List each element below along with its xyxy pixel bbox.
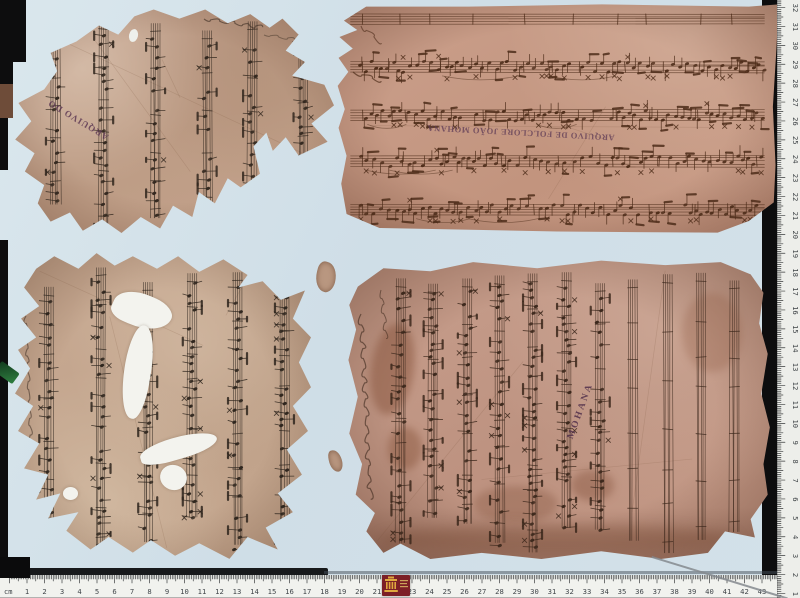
svg-text:26: 26 <box>791 117 800 126</box>
svg-text:35: 35 <box>618 587 627 596</box>
bed-corner <box>0 557 30 578</box>
svg-text:10: 10 <box>791 419 800 428</box>
svg-text:13: 13 <box>233 587 242 596</box>
svg-text:9: 9 <box>791 441 800 445</box>
svg-text:3: 3 <box>60 587 64 596</box>
manuscript-fragment-bottom-right: MOHANA <box>345 256 772 562</box>
paper-sliver-left-edge <box>0 84 13 118</box>
svg-text:30: 30 <box>530 587 539 596</box>
svg-text:38: 38 <box>670 587 679 596</box>
paper-scrap <box>327 449 344 473</box>
paper-scrap <box>313 260 340 294</box>
svg-text:18: 18 <box>320 587 329 596</box>
manuscript-fragment-top-left: ARQUIVO DO <box>12 5 334 233</box>
svg-text:13: 13 <box>791 363 800 372</box>
svg-text:40: 40 <box>705 587 714 596</box>
svg-text:17: 17 <box>303 587 312 596</box>
svg-text:24: 24 <box>425 587 434 596</box>
svg-text:16: 16 <box>285 587 294 596</box>
svg-text:29: 29 <box>513 587 522 596</box>
svg-text:25: 25 <box>443 587 452 596</box>
svg-text:28: 28 <box>791 79 800 88</box>
svg-text:7: 7 <box>791 478 800 482</box>
svg-text:9: 9 <box>165 587 169 596</box>
svg-text:14: 14 <box>791 344 800 353</box>
svg-text:4: 4 <box>791 535 800 539</box>
music-notation-bottom-right <box>345 256 772 562</box>
svg-text:33: 33 <box>583 587 592 596</box>
music-notation-bottom-left <box>12 250 314 562</box>
svg-text:42: 42 <box>740 587 749 596</box>
svg-text:20: 20 <box>791 230 800 239</box>
svg-text:2: 2 <box>42 587 46 596</box>
svg-text:11: 11 <box>198 587 207 596</box>
svg-text:27: 27 <box>791 98 800 107</box>
svg-text:19: 19 <box>338 587 347 596</box>
svg-text:7: 7 <box>130 587 134 596</box>
building-icon <box>382 575 410 596</box>
svg-text:20: 20 <box>355 587 364 596</box>
svg-text:31: 31 <box>791 23 800 32</box>
svg-text:25: 25 <box>791 136 800 145</box>
svg-text:1: 1 <box>25 587 29 596</box>
svg-text:23: 23 <box>791 174 800 183</box>
svg-text:29: 29 <box>791 60 800 69</box>
svg-text:28: 28 <box>495 587 504 596</box>
music-notation-top-left <box>12 5 334 233</box>
svg-text:1: 1 <box>791 592 800 596</box>
svg-text:18: 18 <box>791 268 800 277</box>
svg-text:12: 12 <box>791 382 800 391</box>
svg-text:6: 6 <box>791 497 800 501</box>
manuscript-fragment-top-right: ARQUIVO DE FOLCLORE JOÃO MOHANA <box>335 2 780 235</box>
svg-text:4: 4 <box>77 587 81 596</box>
svg-text:11: 11 <box>791 401 800 410</box>
svg-text:8: 8 <box>147 587 151 596</box>
svg-text:5: 5 <box>791 516 800 520</box>
bed-strip-bottom-left <box>0 240 8 598</box>
svg-text:41: 41 <box>723 587 732 596</box>
svg-text:2: 2 <box>791 573 800 577</box>
svg-text:12: 12 <box>215 587 224 596</box>
svg-text:34: 34 <box>600 587 609 596</box>
svg-text:32: 32 <box>791 4 800 13</box>
svg-text:37: 37 <box>653 587 662 596</box>
svg-text:24: 24 <box>791 155 800 164</box>
svg-text:cm: cm <box>4 588 12 596</box>
vertical-ruler: 3231302928272625242322212019181716151413… <box>777 0 800 598</box>
svg-text:30: 30 <box>791 41 800 50</box>
svg-text:16: 16 <box>791 306 800 315</box>
svg-text:15: 15 <box>791 325 800 334</box>
svg-text:19: 19 <box>791 249 800 258</box>
svg-text:8: 8 <box>791 459 800 463</box>
paper-tear <box>63 487 78 499</box>
svg-text:31: 31 <box>548 587 557 596</box>
svg-text:14: 14 <box>250 587 259 596</box>
svg-text:10: 10 <box>180 587 189 596</box>
institution-logo <box>382 575 410 596</box>
digitization-stage: ARQUIVO DO ARQUIVO DE FOLCLORE JOÃO MOHA… <box>0 0 800 598</box>
svg-text:26: 26 <box>460 587 469 596</box>
svg-text:27: 27 <box>478 587 487 596</box>
svg-text:39: 39 <box>688 587 697 596</box>
svg-text:5: 5 <box>95 587 99 596</box>
svg-text:32: 32 <box>565 587 574 596</box>
music-notation-top-right <box>335 2 780 235</box>
svg-text:3: 3 <box>791 554 800 558</box>
svg-text:15: 15 <box>268 587 277 596</box>
svg-text:17: 17 <box>791 287 800 296</box>
svg-text:36: 36 <box>635 587 644 596</box>
svg-text:21: 21 <box>791 212 800 221</box>
svg-text:22: 22 <box>791 193 800 202</box>
svg-text:6: 6 <box>112 587 116 596</box>
manuscript-fragment-bottom-left <box>12 250 314 562</box>
svg-text:21: 21 <box>373 587 382 596</box>
